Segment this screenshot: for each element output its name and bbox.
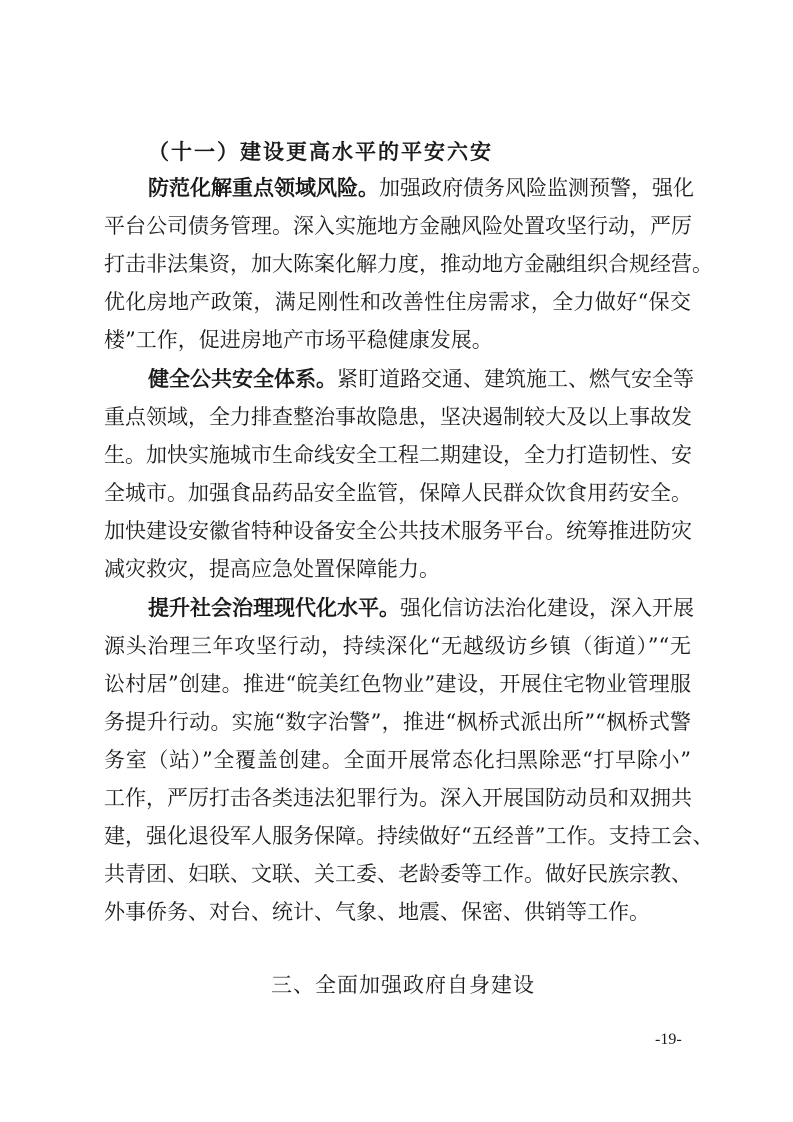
document-page: （十一）建设更高水平的平安六安 防范化解重点领域风险。加强政府债务风险监测预警，…: [0, 0, 793, 1122]
page-number: -19-: [655, 1030, 682, 1050]
paragraph-2-text: 紧盯道路交通、建筑施工、燃气安全等: [337, 367, 694, 391]
section-heading: 三、全面加强政府自身建设: [271, 970, 535, 1000]
paragraph-2-line-6: 减灾救灾，提高应急处置保障能力。: [104, 554, 691, 584]
paragraph-3-line-3: 讼村居”创建。推进“皖美红色物业”建设，开展住宅物业管理服: [104, 669, 691, 699]
paragraph-2-line-2: 重点领域，全力排查整治事故隐患，坚决遏制较大及以上事故发: [104, 402, 691, 432]
paragraph-3-line-6: 工作，严厉打击各类违法犯罪行为。深入开展国防动员和双拥共: [104, 783, 691, 813]
paragraph-1-line-1: 防范化解重点领域风险。加强政府债务风险监测预警，强化: [148, 173, 691, 203]
paragraph-2-line-1: 健全公共安全体系。紧盯道路交通、建筑施工、燃气安全等: [148, 364, 691, 394]
paragraph-2-lead: 健全公共安全体系。: [148, 367, 337, 391]
subsection-heading: （十一）建设更高水平的平安六安: [148, 137, 493, 167]
paragraph-3-line-5: 务室（站）”全覆盖创建。全面开展常态化扫黑除恶“打早除小”: [104, 745, 691, 775]
paragraph-3-line-1: 提升社会治理现代化水平。强化信访法治化建设，深入开展: [148, 593, 691, 623]
paragraph-2-line-5: 加快建设安徽省特种设备安全公共技术服务平台。统筹推进防灾: [104, 516, 691, 546]
paragraph-2-line-3: 生。加快实施城市生命线安全工程二期建设，全力打造韧性、安: [104, 440, 691, 470]
paragraph-3-line-9: 外事侨务、对台、统计、气象、地震、保密、供销等工作。: [104, 897, 691, 927]
paragraph-1-line-5: 楼”工作，促进房地产市场平稳健康发展。: [104, 325, 691, 355]
paragraph-1-lead: 防范化解重点领域风险。: [148, 176, 379, 200]
paragraph-1-line-2: 平台公司债务管理。深入实施地方金融风险处置攻坚行动，严厉: [104, 211, 691, 241]
paragraph-3-line-7: 建，强化退役军人服务保障。持续做好“五经普”工作。支持工会、: [104, 821, 691, 851]
paragraph-1-text: 加强政府债务风险监测预警，强化: [379, 176, 694, 200]
paragraph-2-line-4: 全城市。加强食品药品安全监管，保障人民群众饮食用药安全。: [104, 478, 691, 508]
paragraph-3-line-4: 务提升行动。实施“数字治警”，推进“枫桥式派出所”“枫桥式警: [104, 707, 691, 737]
paragraph-3-text: 强化信访法治化建设，深入开展: [400, 596, 694, 620]
paragraph-1-line-3: 打击非法集资，加大陈案化解力度，推动地方金融组织合规经营。: [104, 249, 691, 279]
paragraph-1-line-4: 优化房地产政策，满足刚性和改善性住房需求，全力做好“保交: [104, 287, 691, 317]
paragraph-3-line-2: 源头治理三年攻坚行动，持续深化“无越级访乡镇（街道）”“无: [104, 631, 691, 661]
paragraph-3-lead: 提升社会治理现代化水平。: [148, 596, 400, 620]
paragraph-3-line-8: 共青团、妇联、文联、关工委、老龄委等工作。做好民族宗教、: [104, 859, 691, 889]
